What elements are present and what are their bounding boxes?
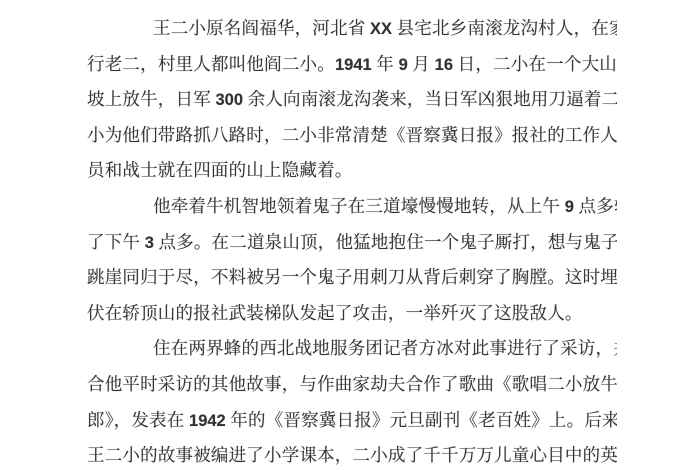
text-line: 了下午 3 点多。在二道泉山顶，他猛地抱住一个鬼子厮打，想与鬼子 bbox=[87, 225, 617, 261]
text-line: 伏在轿顶山的报社武装梯队发起了攻击，一举歼灭了这股敌人。 bbox=[87, 296, 617, 332]
text-line: 王二小的故事被编进了小学课本，二小成了千千万万儿童心目中的英 bbox=[87, 438, 617, 470]
latin-text: 9 bbox=[399, 56, 408, 74]
latin-text: 300 bbox=[215, 91, 243, 109]
latin-text: 9 bbox=[565, 198, 574, 216]
text-line: 小为他们带路抓八路时，二小非常清楚《晋察冀日报》报社的工作人 bbox=[87, 118, 617, 154]
text-line: 王二小原名阎福华，河北省 XX 县宅北乡南滚龙沟村人，在家排 bbox=[87, 11, 617, 47]
latin-text: 1941 bbox=[335, 56, 372, 74]
text-line: 跳崖同归于尽，不料被另一个鬼子用刺刀从背后刺穿了胸膛。这时埋 bbox=[87, 260, 617, 296]
latin-text: XX bbox=[370, 20, 392, 38]
document-page: 王二小原名阎福华，河北省 XX 县宅北乡南滚龙沟村人，在家排行老二，村里人都叫他… bbox=[0, 0, 700, 470]
text-line: 他牵着牛机智地领着鬼子在三道壕慢慢地转，从上午 9 点多转到 bbox=[87, 189, 617, 225]
text-block: 王二小原名阎福华，河北省 XX 县宅北乡南滚龙沟村人，在家排行老二，村里人都叫他… bbox=[87, 11, 617, 470]
latin-text: 16 bbox=[435, 56, 453, 74]
text-line: 坡上放牛，日军 300 余人向南滚龙沟袭来，当日军凶狠地用刀逼着二 bbox=[87, 82, 617, 118]
text-line: 住在两界蜂的西北战地服务团记者方冰对此事进行了采访，并结 bbox=[87, 331, 617, 367]
text-line: 员和战士就在四面的山上隐藏着。 bbox=[87, 153, 617, 189]
text-line: 郎》，发表在 1942 年的《晋察冀日报》元旦副刊《老百姓》上。后来， bbox=[87, 403, 617, 439]
latin-text: 1942 bbox=[189, 412, 226, 430]
text-line: 行老二，村里人都叫他阎二小。1941 年 9 月 16 日，二小在一个大山 bbox=[87, 47, 617, 83]
text-line: 合他平时采访的其他故事，与作曲家劫夫合作了歌曲《歌唱二小放牛 bbox=[87, 367, 617, 403]
latin-text: 3 bbox=[145, 234, 154, 252]
